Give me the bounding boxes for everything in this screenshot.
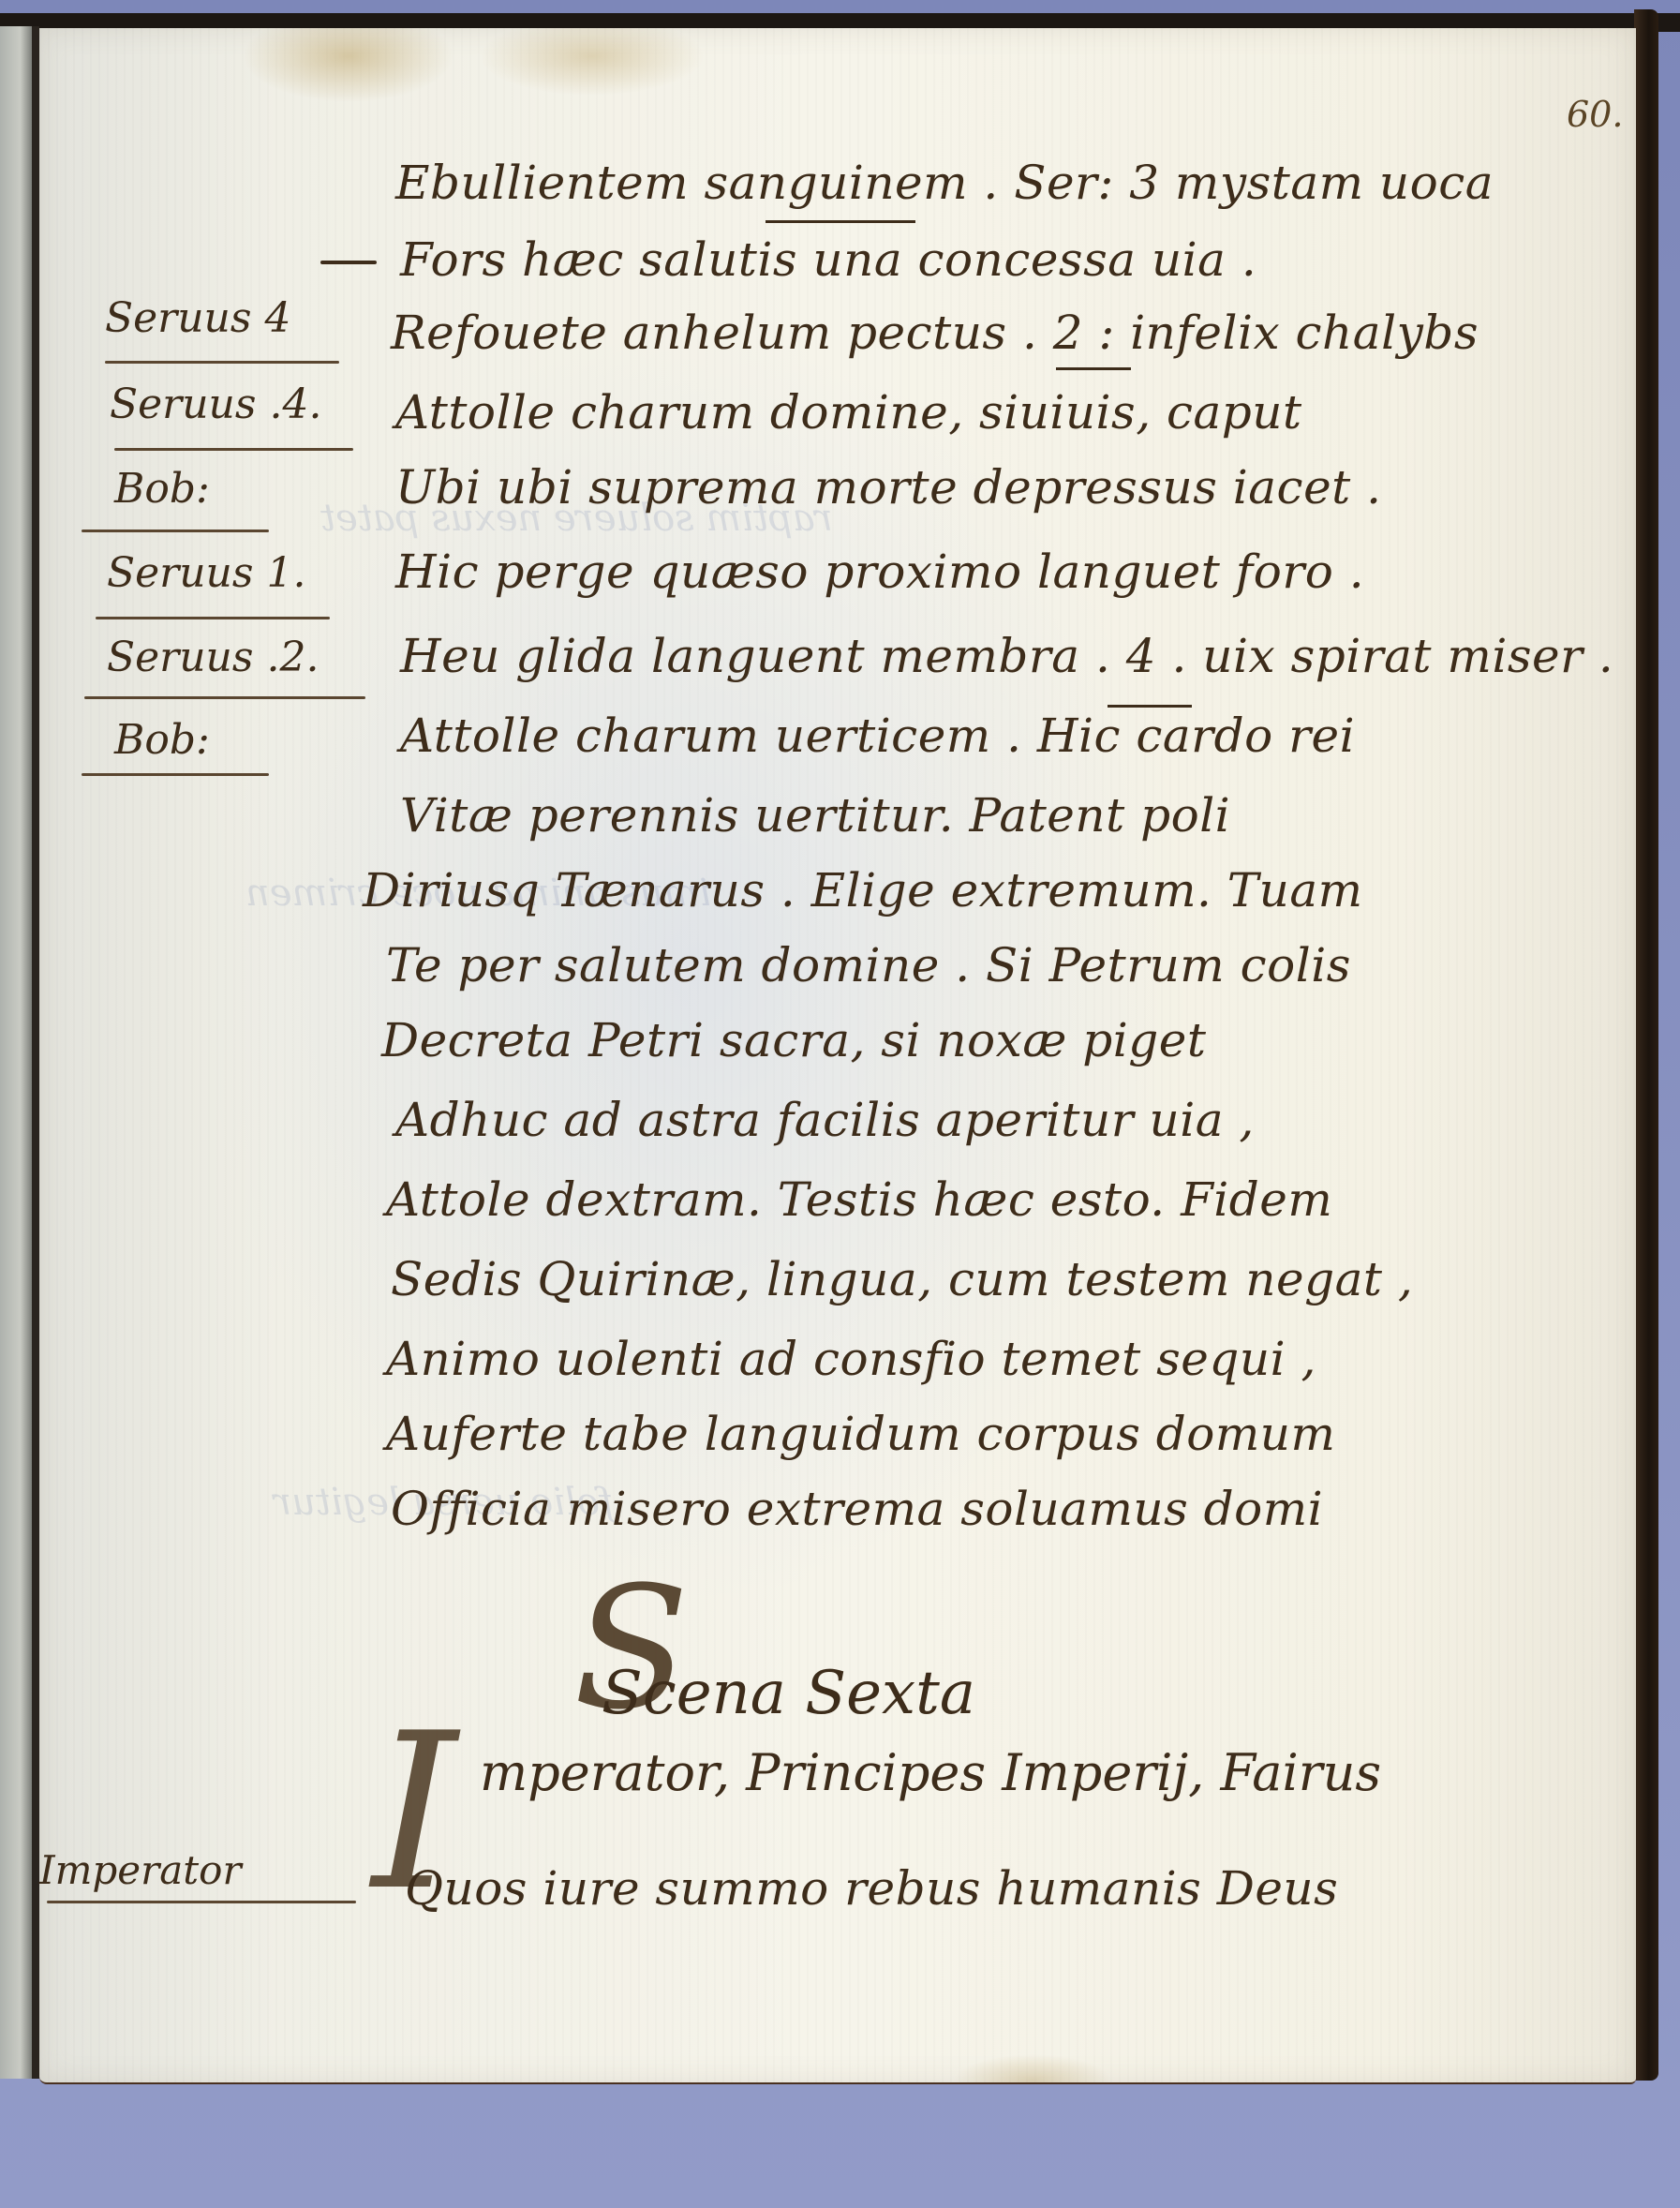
verse-line: Hic perge quæso proximo languet foro . (395, 548, 1364, 595)
verse-line: Decreta Petri sacra, si noxæ piget (381, 1017, 1206, 1064)
facing-page-edge (0, 26, 34, 2079)
verse-line: Attolle charum domine, siuiuis, caput (395, 389, 1302, 436)
cue-underline (1056, 367, 1131, 370)
stage-direction: mperator, Principes Imperij, Fairus (480, 1743, 1381, 1802)
speaker-label: Bob: (114, 720, 210, 761)
book-gutter (32, 26, 39, 2079)
folio-number: 60. (1567, 94, 1623, 135)
speaker-label: Imperator (39, 1851, 242, 1890)
speaker-underline (82, 773, 269, 776)
verse-line: Quos iure summo rebus humanis Deus (405, 1865, 1338, 1912)
verse-line: Animo uolenti ad consfio temet sequi , (386, 1335, 1316, 1382)
verse-line: Sedis Quirinæ, lingua, cum testem negat … (391, 1256, 1413, 1303)
speaker-underline (114, 448, 353, 451)
speaker-label: Bob: (114, 469, 210, 510)
verse-line: Diriusq Tænarus . Elige extremum. Tuam (363, 867, 1363, 914)
verse-line: Attole dextram. Testis hæc esto. Fidem (386, 1176, 1332, 1223)
verse-line: Refouete anhelum pectus . 2 : infelix ch… (391, 309, 1479, 356)
verse-line: Adhuc ad astra facilis aperitur uia , (395, 1097, 1255, 1143)
verse-line: Attolle charum uerticem . Hic cardo rei (400, 712, 1355, 759)
verse-line: Fors hæc salutis una concessa uia . (400, 236, 1256, 283)
speaker-label: Seruus 1. (107, 553, 305, 594)
speaker-label: Seruus .4. (110, 384, 321, 425)
verse-line: Ebullientem sanguinem . Ser: 3 mystam uo… (395, 159, 1494, 206)
speaker-underline (82, 530, 269, 532)
cue-underline (1108, 705, 1192, 708)
cue-underline (766, 220, 915, 223)
verse-line: Vitæ perennis uertitur. Patent poli (400, 792, 1230, 839)
scene-heading: Scena Sexta (602, 1659, 975, 1728)
entry-dash (320, 261, 377, 264)
speaker-underline (105, 361, 339, 364)
verse-line: Officia misero extrema soluamus domi (391, 1485, 1323, 1532)
speaker-underline (84, 696, 365, 699)
manuscript-page: raptim soluere nexus patet imus anima uo… (39, 28, 1636, 2084)
verse-line: Auferte tabe languidum corpus domum (386, 1410, 1335, 1457)
book-binding-edge (1634, 9, 1658, 2081)
speaker-label: Seruus 4 (105, 298, 290, 339)
speaker-underline (96, 617, 330, 619)
verse-line: Heu glida languent membra . 4 . uix spir… (400, 633, 1613, 679)
speaker-label: Seruus .2. (107, 637, 319, 679)
verse-line: Ubi ubi suprema morte depressus iacet . (395, 464, 1382, 511)
speaker-underline (47, 1901, 356, 1903)
verse-line: Te per salutem domine . Si Petrum colis (386, 942, 1351, 989)
